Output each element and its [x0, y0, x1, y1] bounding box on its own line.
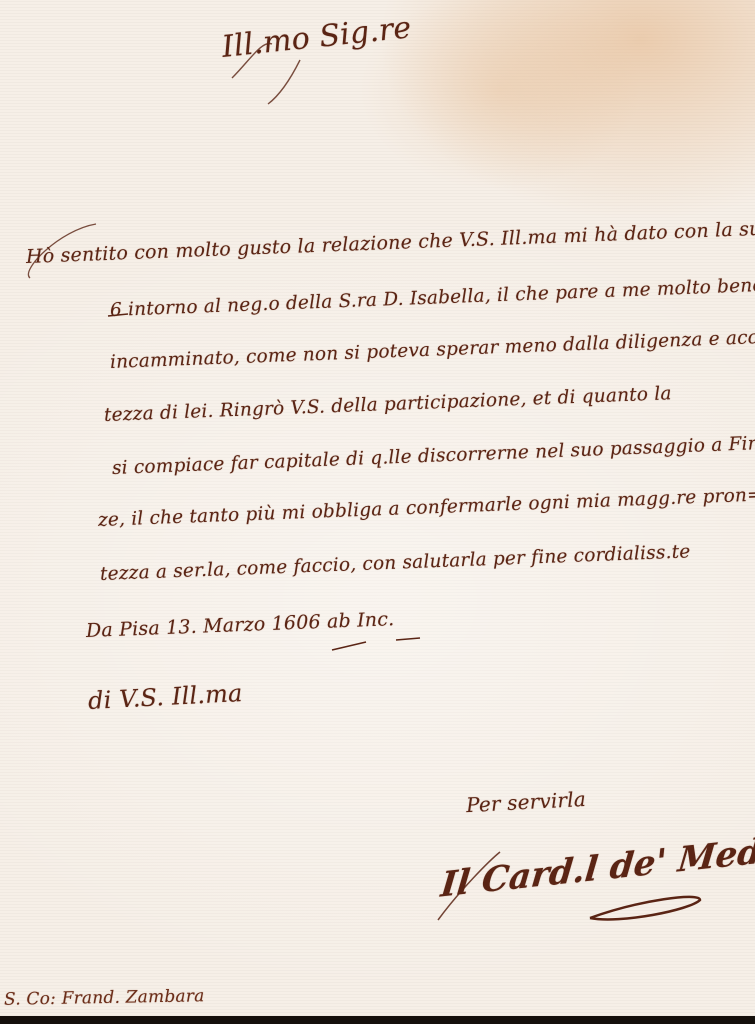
body-line-3: incamminato, come non si poteva sperar m… [110, 325, 755, 373]
addressee-note: S. Co: Frand. Zambara [4, 986, 205, 1009]
body-line-1: Hò sentito con molto gusto la relazione … [26, 216, 755, 268]
body-line-2: 6 intorno al neg.o della S.ra D. Isabell… [110, 275, 755, 321]
closing-abbreviation: di V.S. Ill.ma [87, 679, 243, 715]
salutation: Ill.mo Sig.re [220, 10, 413, 65]
body-line-5: si compiace far capitale di q.lle discor… [112, 432, 755, 479]
sign-off: Per servirla [465, 787, 586, 817]
body-line-6: ze, il che tanto più mi obbliga a confer… [98, 484, 755, 531]
manuscript-page: Ill.mo Sig.re Hò sentito con molto gusto… [0, 0, 755, 1016]
body-line-7: tezza a ser.la, come faccio, con salutar… [100, 541, 691, 585]
body-line-4: tezza di lei. Ringrò V.S. della particip… [104, 383, 672, 426]
signature: Il Card.l de' Medici [439, 826, 755, 905]
scan-edge [0, 1016, 755, 1024]
date-line: Da Pisa 13. Marzo 1606 ab Inc. [86, 608, 395, 642]
